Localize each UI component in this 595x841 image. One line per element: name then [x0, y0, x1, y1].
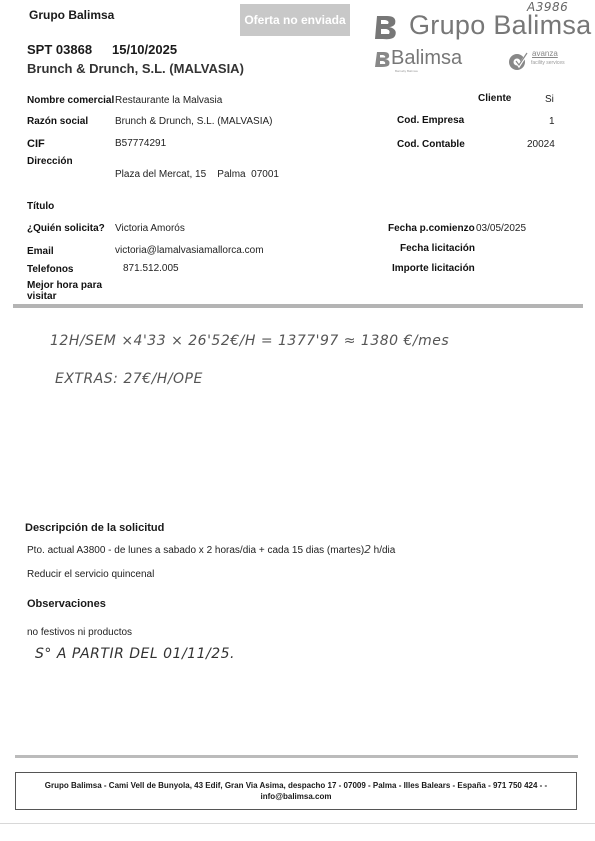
cod-empresa-label: Cod. Empresa	[397, 115, 464, 126]
section-divider	[13, 304, 583, 308]
mejor-hora-label-line2: visitar	[27, 291, 102, 302]
handwritten-calculation: 12H/SEM ×4'33 × 26'52€/H = 1377'97 ≈ 138…	[50, 333, 449, 349]
footer-email[interactable]: info@balimsa.com	[16, 791, 576, 802]
cif-label: CIF	[27, 138, 45, 150]
avanza-check-icon	[507, 50, 529, 72]
telefonos-value: 871.512.005	[123, 263, 179, 274]
handwritten-observation: S° A PARTIR DEL 01/11/25.	[35, 646, 235, 662]
handwritten-extras: EXTRAS: 27€/H/OPE	[55, 371, 203, 387]
direccion-label: Dirección	[27, 156, 73, 167]
direccion-value: Plaza del Mercat, 15 Palma 07001	[115, 169, 279, 180]
balimsa-logo-text: Balimsa	[391, 47, 462, 70]
descripcion-heading: Descripción de la solicitud	[25, 522, 164, 534]
footer-address: Grupo Balimsa - Cami Vell de Bunyola, 43…	[16, 780, 576, 791]
titulo-label: Título	[27, 201, 54, 212]
avanza-logo-text: avanza	[532, 49, 558, 58]
descripcion-line1-suffix: h/dia	[374, 545, 396, 556]
observaciones-text: no festivos ni productos	[27, 627, 132, 638]
fecha-comienzo-value: 03/05/2025	[476, 223, 526, 234]
razon-social-label: Razón social	[27, 116, 88, 127]
fecha-licitacion-label: Fecha licitación	[400, 243, 475, 254]
mejor-hora-label: Mejor hora para visitar	[27, 280, 102, 302]
nombre-comercial-value: Restaurante la Malvasia	[115, 95, 222, 106]
email-value[interactable]: victoria@lamalvasiamallorca.com	[115, 245, 264, 256]
footer-box: Grupo Balimsa - Cami Vell de Bunyola, 43…	[15, 772, 577, 810]
email-label: Email	[27, 246, 54, 257]
cif-value: B57774291	[115, 138, 166, 149]
grupo-balimsa-logo-text: Grupo Balimsa	[409, 10, 591, 41]
avanza-tagline: facility services	[531, 60, 565, 66]
logo-annotation: A3986	[527, 0, 568, 14]
page-edge	[0, 823, 595, 824]
quien-solicita-value: Victoria Amorós	[115, 223, 185, 234]
document-date: 15/10/2025	[112, 42, 177, 57]
mejor-hora-label-line1: Mejor hora para	[27, 280, 102, 291]
descripcion-handwritten-correction: 2	[364, 543, 372, 556]
descripcion-line2: Reducir el servicio quincenal	[27, 569, 154, 580]
balimsa-b-icon	[371, 12, 403, 40]
cod-contable-label: Cod. Contable	[397, 139, 465, 150]
cliente-value: Si	[545, 94, 554, 105]
quien-solicita-label: ¿Quién solicita?	[27, 223, 105, 234]
descripcion-line1: Pto. actual A3800 - de lunes a sabado x …	[27, 543, 395, 556]
cod-empresa-value: 1	[549, 116, 555, 127]
status-badge: Oferta no enviada	[240, 4, 350, 36]
observaciones-heading: Observaciones	[27, 598, 106, 610]
balimsa-small-b-icon	[373, 50, 393, 68]
client-title: Brunch & Drunch, S.L. (MALVASIA)	[27, 61, 244, 76]
descripcion-line1-text: Pto. actual A3800 - de lunes a sabado x …	[27, 545, 364, 556]
ref-number: SPT 03868	[27, 42, 92, 57]
footer-divider	[15, 755, 578, 758]
cliente-label: Cliente	[478, 93, 511, 104]
fecha-comienzo-label: Fecha p.comienzo	[388, 223, 475, 234]
importe-licitacion-label: Importe licitación	[392, 263, 475, 274]
cod-contable-value: 20024	[527, 139, 555, 150]
balimsa-tagline: Barnaby Balimsa	[395, 69, 418, 73]
razon-social-value: Brunch & Drunch, S.L. (MALVASIA)	[115, 116, 272, 127]
nombre-comercial-label: Nombre comercial	[27, 95, 114, 106]
telefonos-label: Telefonos	[27, 264, 73, 275]
company-name: Grupo Balimsa	[29, 8, 114, 22]
